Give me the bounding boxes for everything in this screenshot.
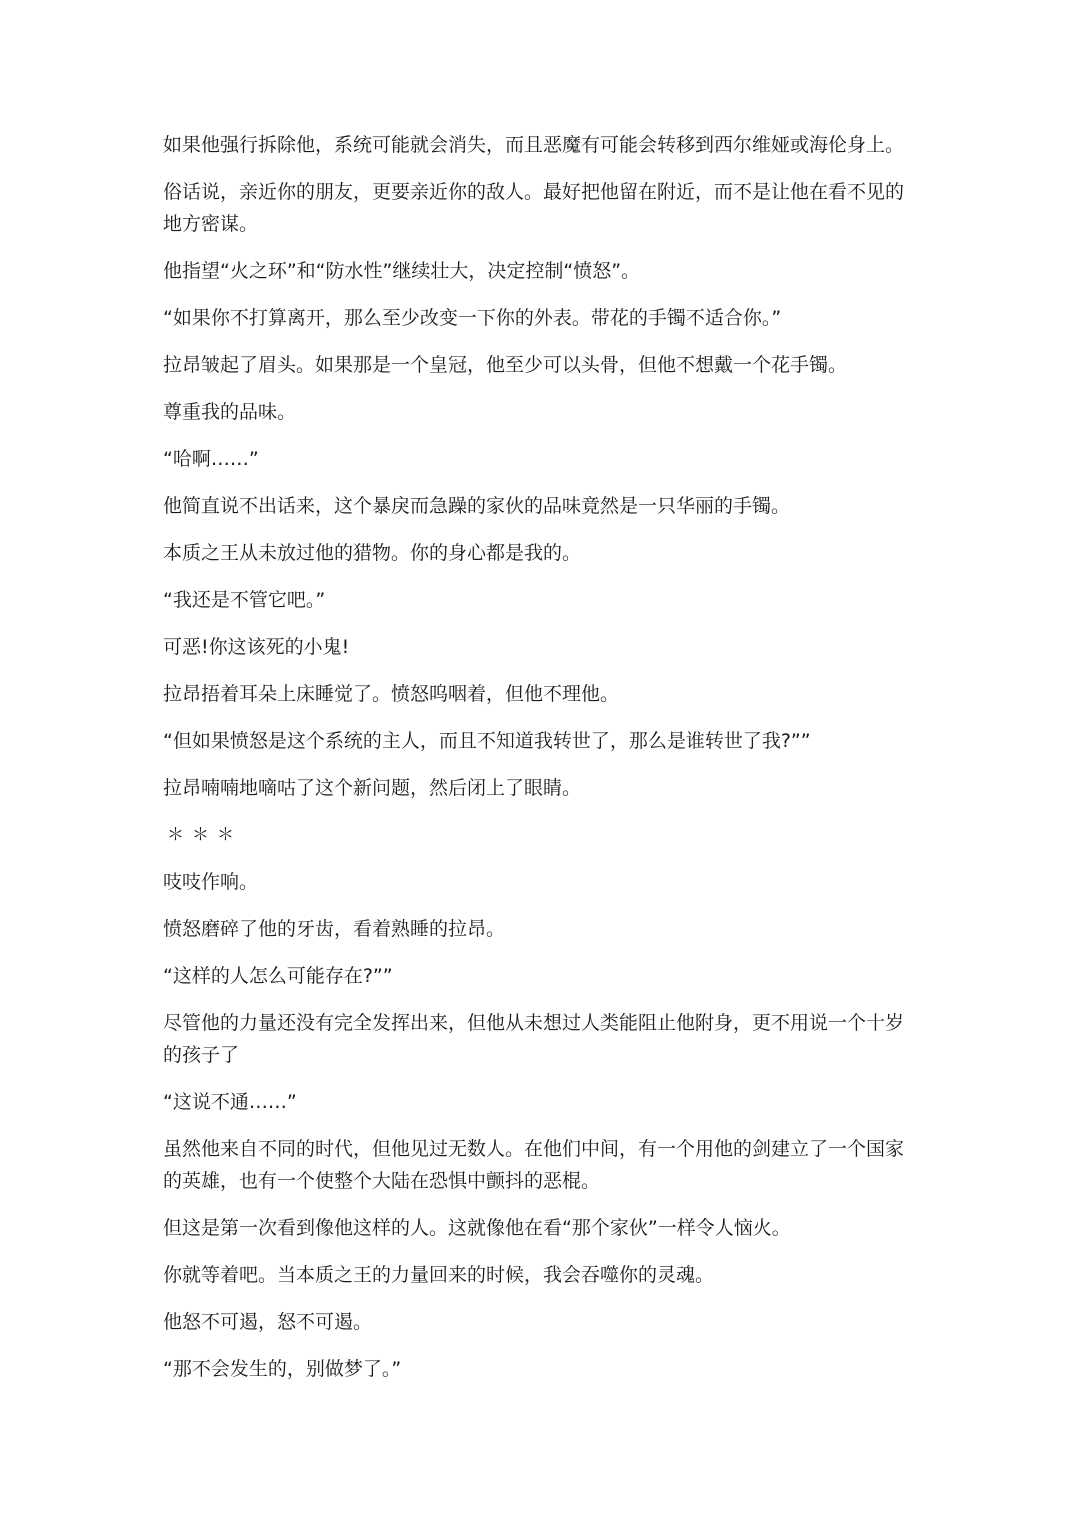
paragraph: 虽然他来自不同的时代，但他见过无数人。在他们中间，有一个用他的剑建立了一个国家的… — [163, 1133, 915, 1197]
paragraph: 如果他强行拆除他，系统可能就会消失，而且恶魔有可能会转移到西尔维娅或海伦身上。 — [163, 129, 915, 161]
paragraph: 他简直说不出话来，这个暴戾而急躁的家伙的品味竟然是一只华丽的手镯。 — [163, 490, 915, 522]
paragraph: 拉昂喃喃地嘀咕了这个新问题，然后闭上了眼睛。 — [163, 772, 915, 804]
paragraph: 拉昂捂着耳朵上床睡觉了。愤怒呜咽着，但他不理他。 — [163, 678, 915, 710]
paragraph: “这样的人怎么可能存在?”” — [163, 960, 915, 992]
paragraph: “哈啊……” — [163, 443, 915, 475]
paragraph: 他指望“火之环”和“防水性”继续壮大，决定控制“愤怒”。 — [163, 255, 915, 287]
paragraph: 拉昂皱起了眉头。如果那是一个皇冠，他至少可以头骨，但他不想戴一个花手镯。 — [163, 349, 915, 381]
scene-break: ＊＊＊ — [163, 819, 915, 851]
paragraph: “这说不通……” — [163, 1086, 915, 1118]
paragraph: 本质之王从未放过他的猎物。你的身心都是我的。 — [163, 537, 915, 569]
paragraph: “但如果愤怒是这个系统的主人，而且不知道我转世了，那么是谁转世了我?”” — [163, 725, 915, 757]
paragraph: “我还是不管它吧。” — [163, 584, 915, 616]
paragraph: 但这是第一次看到像他这样的人。这就像他在看“那个家伙”一样令人恼火。 — [163, 1212, 915, 1244]
paragraph: “那不会发生的，别做梦了。” — [163, 1353, 915, 1385]
document-page: 如果他强行拆除他，系统可能就会消失，而且恶魔有可能会转移到西尔维娅或海伦身上。 … — [163, 129, 915, 1400]
paragraph: 可恶!你这该死的小鬼! — [163, 631, 915, 663]
paragraph: 你就等着吧。当本质之王的力量回来的时候，我会吞噬你的灵魂。 — [163, 1259, 915, 1291]
paragraph: 尊重我的品味。 — [163, 396, 915, 428]
paragraph: 俗话说，亲近你的朋友，更要亲近你的敌人。最好把他留在附近，而不是让他在看不见的地… — [163, 176, 915, 240]
paragraph: 吱吱作响。 — [163, 866, 915, 898]
paragraph: 他怒不可遏，怒不可遏。 — [163, 1306, 915, 1338]
paragraph: 愤怒磨碎了他的牙齿，看着熟睡的拉昂。 — [163, 913, 915, 945]
paragraph: 尽管他的力量还没有完全发挥出来，但他从未想过人类能阻止他附身，更不用说一个十岁的… — [163, 1007, 915, 1071]
paragraph: “如果你不打算离开，那么至少改变一下你的外表。带花的手镯不适合你。” — [163, 302, 915, 334]
